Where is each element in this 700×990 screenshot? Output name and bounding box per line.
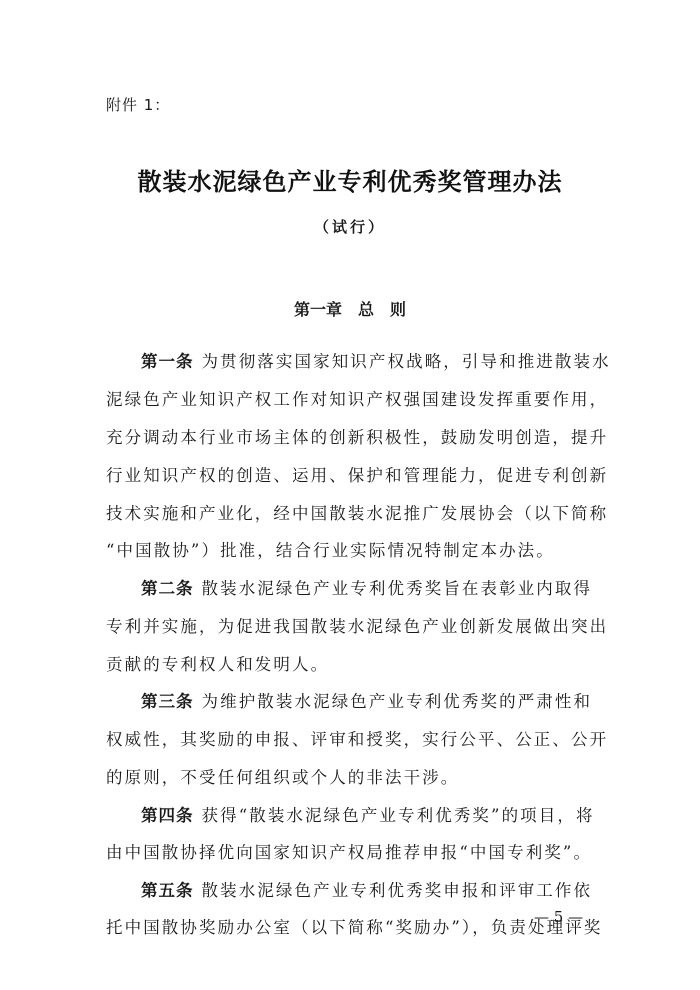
line-text: 为贯彻落实国家知识产权战略，引导和推进散装水 [202, 352, 611, 371]
document-title: 散装水泥绿色产业专利优秀奖管理办法 [0, 162, 700, 197]
line-text: 由中国散协择优向国家知识产权局推荐申报“中国专利奖”。 [106, 843, 592, 862]
paragraph-line: 第二条散装水泥绿色产业专利优秀奖旨在表彰业内取得 [141, 579, 602, 599]
paragraph-line: 技术实施和产业化，经中国散装水泥推广发展协会（以下简称 [106, 504, 602, 524]
paragraph-line: 第四条获得“散装水泥绿色产业专利优秀奖”的项目，将 [141, 806, 602, 826]
paragraph-line: 专利并实施，为促进我国散装水泥绿色产业创新发展做出突出 [106, 617, 602, 637]
line-text: 技术实施和产业化，经中国散装水泥推广发展协会（以下简称 [106, 504, 608, 523]
line-text: 的原则，不受任何组织或个人的非法干涉。 [106, 768, 459, 787]
paragraph-line: 第一条为贯彻落实国家知识产权战略，引导和推进散装水 [141, 352, 602, 372]
line-text: “中国散协”）批准，结合行业实际情况特制定本办法。 [106, 541, 555, 560]
line-text: 专利并实施，为促进我国散装水泥绿色产业创新发展做出突出 [106, 617, 608, 636]
line-text: 为维护散装水泥绿色产业专利优秀奖的严肃性和 [202, 692, 593, 711]
article-label: 第五条 [141, 881, 194, 900]
paragraph-line: 由中国散协择优向国家知识产权局推荐申报“中国专利奖”。 [106, 843, 602, 863]
article-label: 第二条 [141, 579, 194, 598]
paragraph-line: 充分调动本行业市场主体的创新积极性，鼓励发明创造，提升 [106, 428, 602, 448]
paragraph-line: 贡献的专利权人和发明人。 [106, 655, 602, 675]
line-text: 托中国散协奖励办公室（以下简称“奖励办”），负责处理评奖 [106, 918, 602, 937]
chapter-heading: 第一章 总 则 [0, 297, 700, 320]
paragraph-line: 托中国散协奖励办公室（以下简称“奖励办”），负责处理评奖 [106, 918, 602, 938]
line-text: 权威性，其奖励的申报、评审和授奖，实行公平、公正、公开 [106, 730, 608, 749]
line-text: 泥绿色产业知识产权工作对知识产权强国建设发挥重要作用， [106, 390, 608, 409]
paragraph-line: 第五条散装水泥绿色产业专利优秀奖申报和评审工作依 [141, 881, 602, 901]
page-number: — 5 — [534, 908, 583, 926]
line-text: 充分调动本行业市场主体的创新积极性，鼓励发明创造，提升 [106, 428, 608, 447]
document-subtitle: （试行） [0, 216, 700, 237]
line-text: 散装水泥绿色产业专利优秀奖旨在表彰业内取得 [202, 579, 593, 598]
article-label: 第四条 [141, 806, 194, 825]
attachment-label: 附件 1： [106, 94, 170, 115]
paragraph-line: 行业知识产权的创造、运用、保护和管理能力，促进专利创新 [106, 466, 602, 486]
paragraph-line: “中国散协”）批准，结合行业实际情况特制定本办法。 [106, 541, 602, 561]
article-label: 第一条 [141, 352, 194, 371]
line-text: 贡献的专利权人和发明人。 [106, 655, 329, 674]
line-text: 获得“散装水泥绿色产业专利优秀奖”的项目，将 [202, 806, 595, 825]
paragraph-line: 权威性，其奖励的申报、评审和授奖，实行公平、公正、公开 [106, 730, 602, 750]
paragraph-line: 泥绿色产业知识产权工作对知识产权强国建设发挥重要作用， [106, 390, 602, 410]
article-label: 第三条 [141, 692, 194, 711]
paragraph-line: 第三条为维护散装水泥绿色产业专利优秀奖的严肃性和 [141, 692, 602, 712]
line-text: 散装水泥绿色产业专利优秀奖申报和评审工作依 [202, 881, 593, 900]
paragraph-line: 的原则，不受任何组织或个人的非法干涉。 [106, 768, 602, 788]
line-text: 行业知识产权的创造、运用、保护和管理能力，促进专利创新 [106, 466, 608, 485]
